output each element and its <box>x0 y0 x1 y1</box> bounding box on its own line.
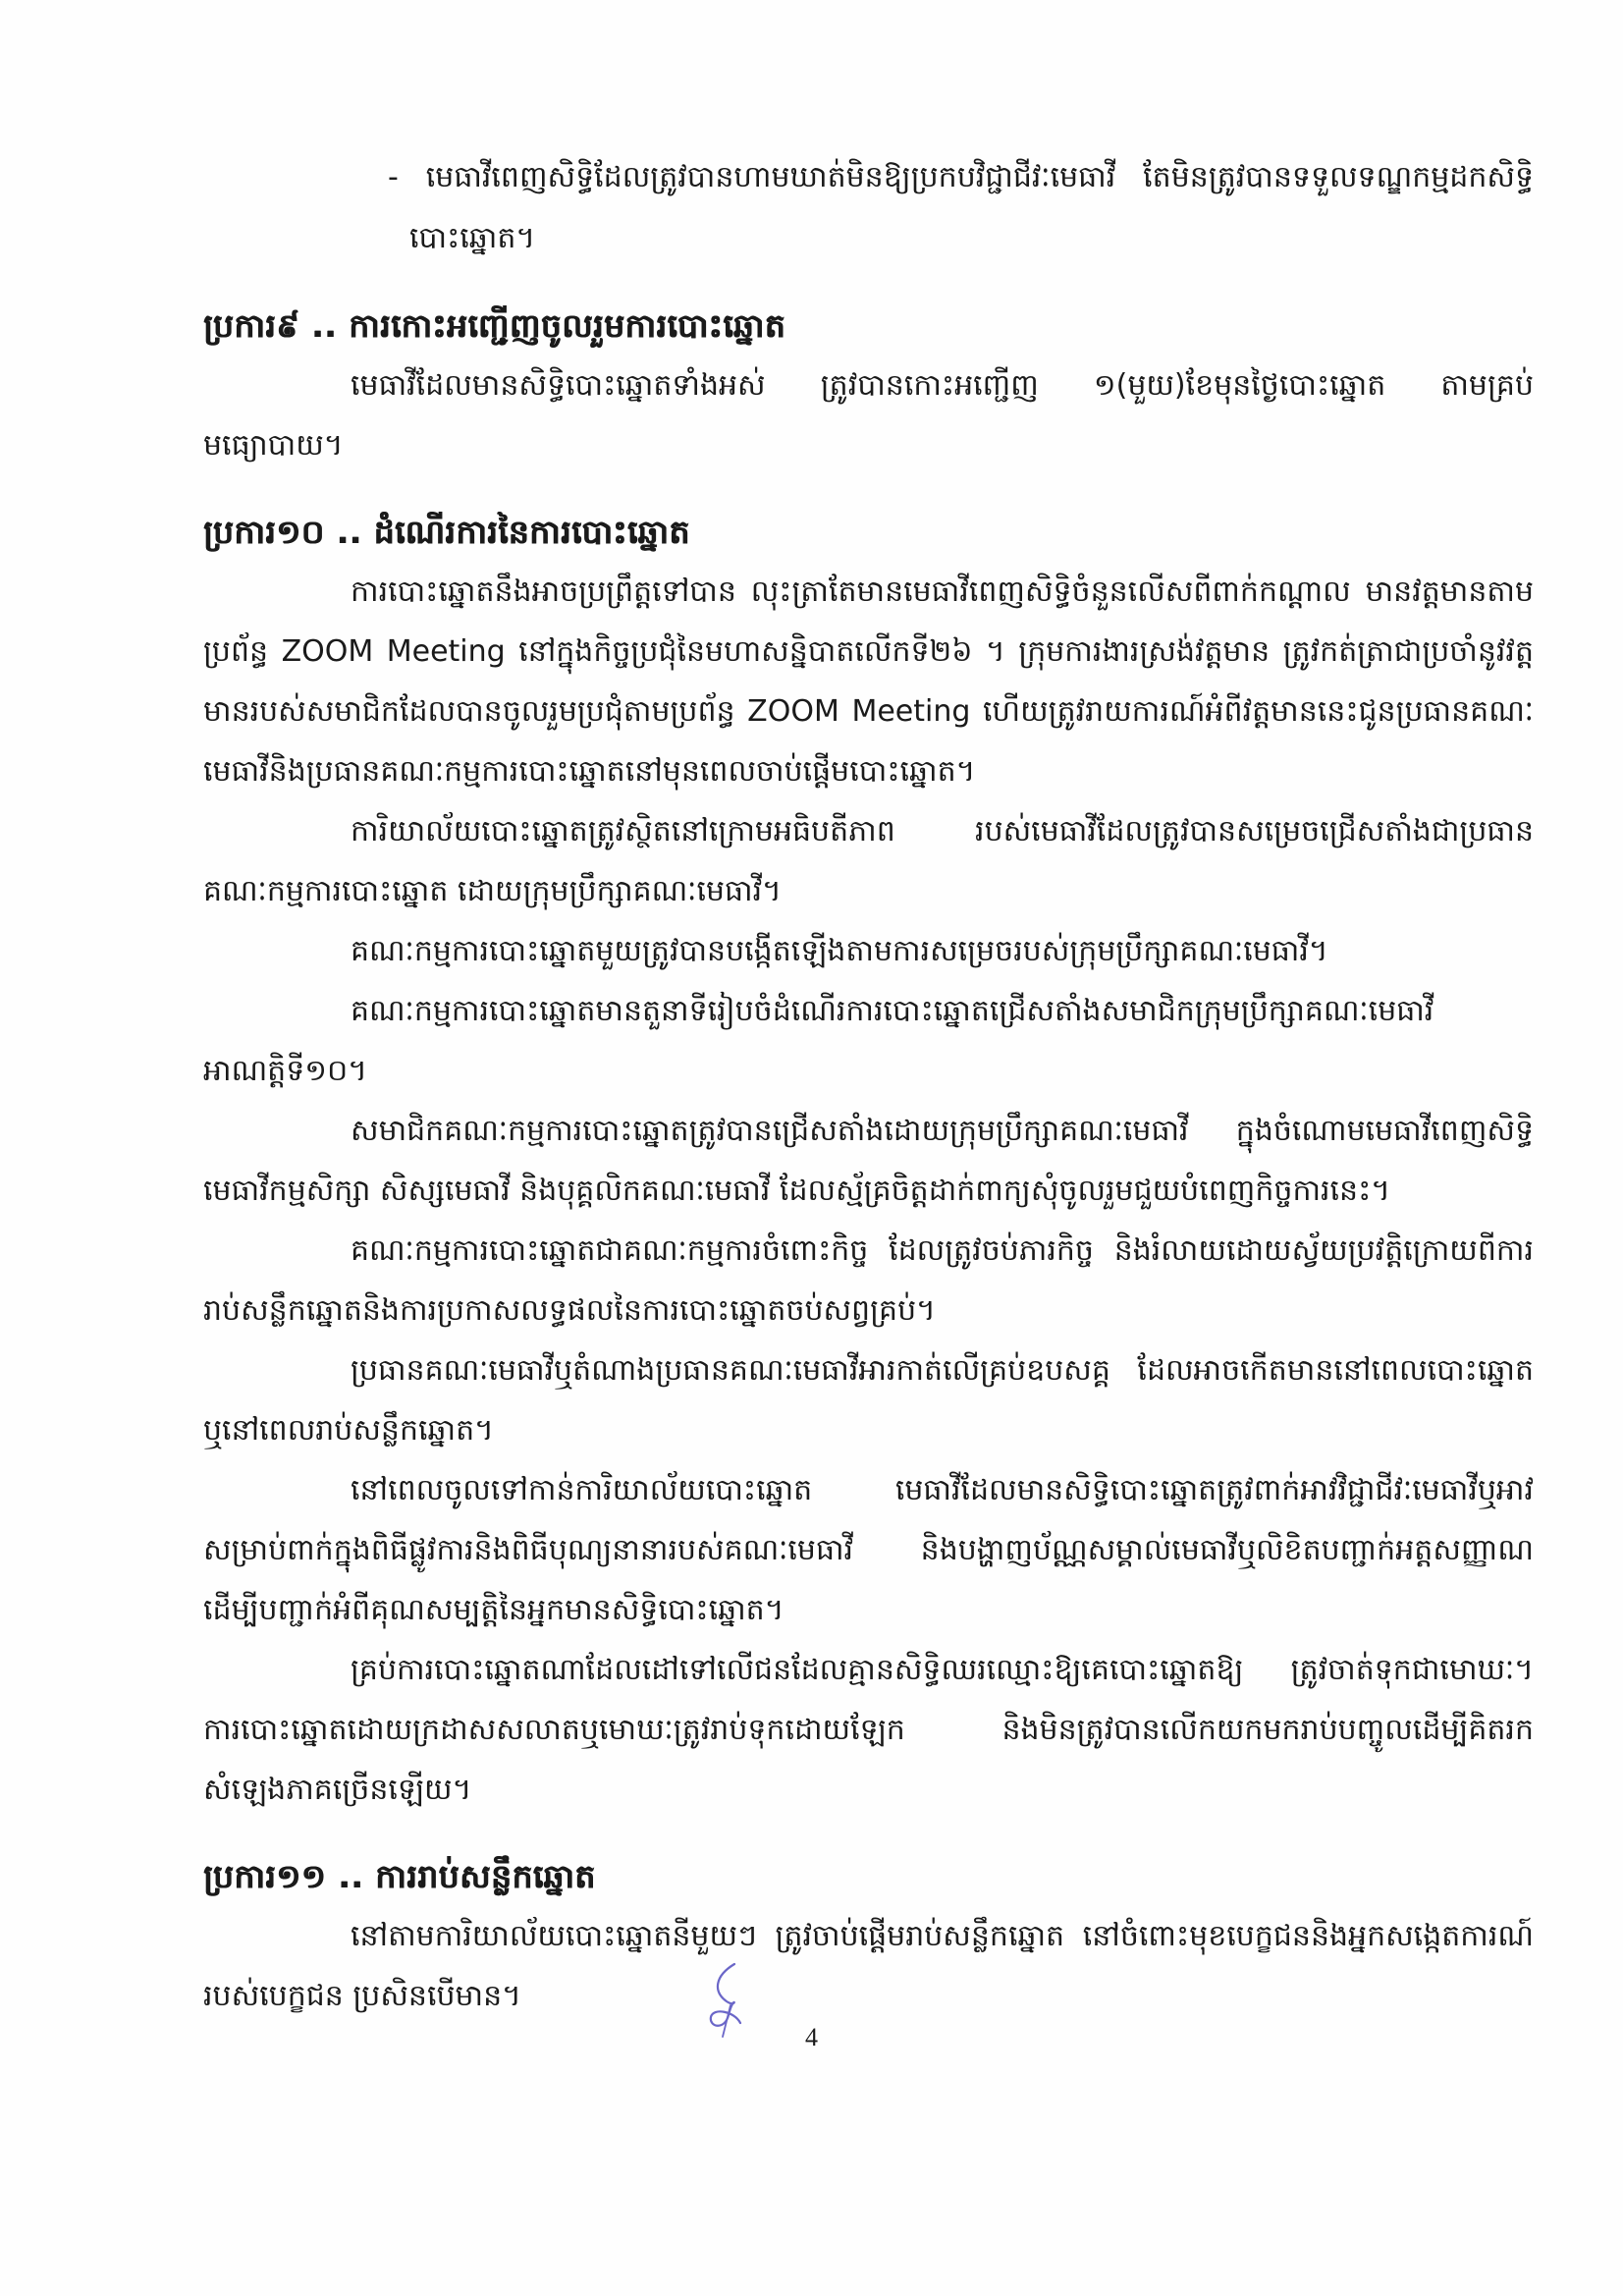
article-paragraph: នៅពេលចូលទៅកាន់ការិយាល័យបោះឆ្នោត មេធាវីដែ… <box>203 1460 1534 1640</box>
document-body: - មេធាវីពេញសិទ្ធិដែលត្រូវបានហាមឃាត់មិនឱ្… <box>203 147 1534 2026</box>
article-11: ប្រការ១១ .. ការរាប់សន្លឹកឆ្នោត នៅតាមការិ… <box>203 1847 1534 2026</box>
article-10: ប្រការ១០ .. ដំណើរការនៃការបោះឆ្នោត ការបោះ… <box>203 503 1534 1820</box>
article-paragraph: គណៈកម្មការបោះឆ្នោតជាគណៈកម្មការចំពោះកិច្ច… <box>203 1221 1534 1340</box>
article-9: ប្រការ៩ .. ការកោះអញ្ជើញចូលរួមការបោះឆ្នោត… <box>203 297 1534 475</box>
article-paragraph: សមាជិកគណៈកម្មការបោះឆ្នោតត្រូវបានជ្រើសតាំ… <box>203 1101 1534 1221</box>
article-paragraph: ការបោះឆ្នោតនឹងអាចប្រព្រឹត្តទៅបាន លុះត្រា… <box>203 562 1534 801</box>
article-heading: ប្រការ១១ .. ការរាប់សន្លឹកឆ្នោត <box>203 1847 1534 1906</box>
article-paragraph: គណៈកម្មការបោះឆ្នោតមួយត្រូវបានបង្កើតឡើងតា… <box>203 921 1534 981</box>
article-paragraph: ប្រធានគណៈមេធាវីឬតំណាងប្រធានគណៈមេធាវីអារក… <box>203 1340 1534 1460</box>
document-page: - មេធាវីពេញសិទ្ធិដែលត្រូវបានហាមឃាត់មិនឱ្… <box>0 0 1623 2296</box>
article-heading: ប្រការ៩ .. ការកោះអញ្ជើញចូលរួមការបោះឆ្នោត <box>203 297 1534 355</box>
intro-bullet: - មេធាវីពេញសិទ្ធិដែលត្រូវបានហាមឃាត់មិនឱ្… <box>203 147 1534 269</box>
article-paragraph: គ្រប់ការបោះឆ្នោតណាដែលដៅទៅលើជនដែលគ្មានសិទ… <box>203 1640 1534 1820</box>
article-paragraph: មេធាវីដែលមានសិទ្ធិបោះឆ្នោតទាំងអស់ ត្រូវប… <box>203 355 1534 475</box>
article-paragraph: ការិយាល័យបោះឆ្នោតត្រូវស្ថិតនៅក្រោមអធិបតី… <box>203 801 1534 921</box>
article-heading: ប្រការ១០ .. ដំណើរការនៃការបោះឆ្នោត <box>203 503 1534 562</box>
page-number: 4 <box>0 2023 1623 2052</box>
article-paragraph: គណៈកម្មការបោះឆ្នោតមានតួនាទីរៀបចំដំណើរការ… <box>203 981 1534 1101</box>
article-paragraph: នៅតាមការិយាល័យបោះឆ្នោតនីមួយៗ ត្រូវចាប់ផ្… <box>203 1906 1534 2026</box>
